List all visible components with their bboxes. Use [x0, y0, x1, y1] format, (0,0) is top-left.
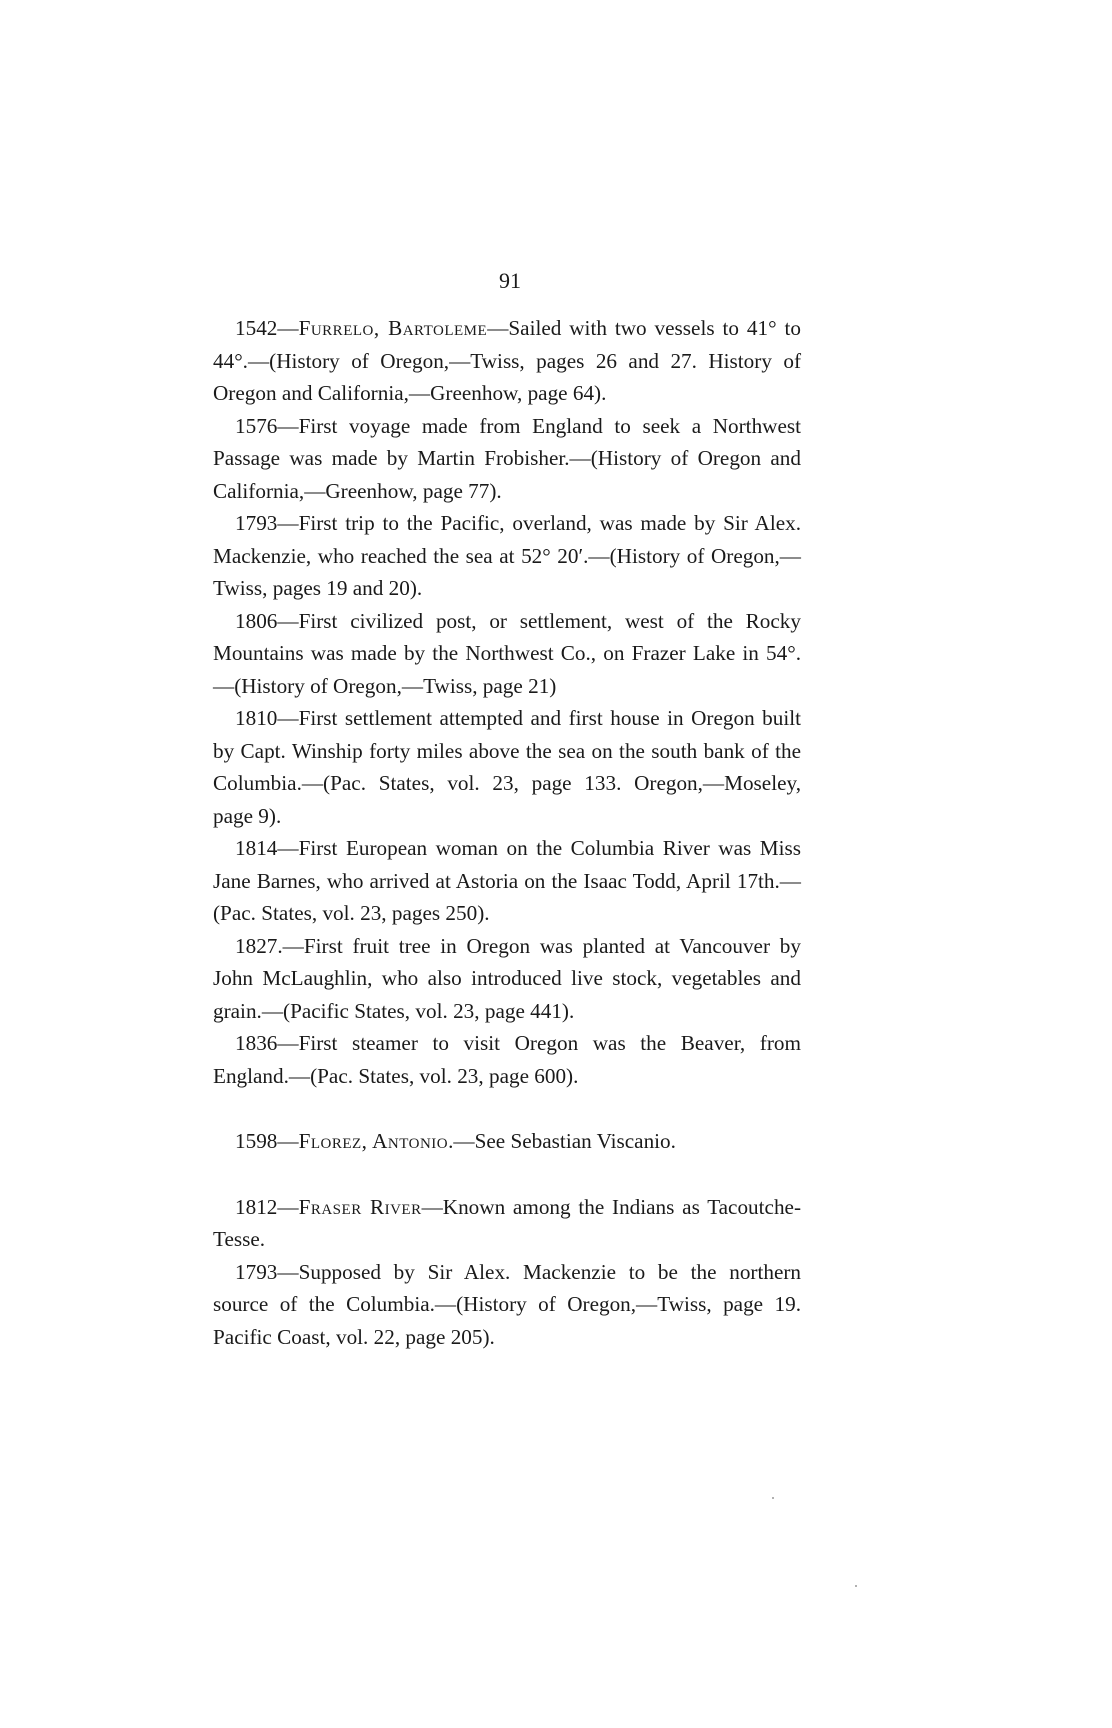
entry-furrelo-bartoleme: 1542—Furrelo, Bartoleme—Sailed with two …: [213, 312, 801, 1092]
entry-heading: Furrelo, Bartoleme: [299, 316, 488, 340]
entry-florez-antonio: 1598—Florez, Antonio.—See Sebastian Visc…: [213, 1125, 801, 1158]
paragraph: 1793—Supposed by Sir Alex. Mackenzie to …: [213, 1256, 801, 1354]
paragraph: 1542—Furrelo, Bartoleme—Sailed with two …: [213, 312, 801, 410]
entry-heading: Fraser River: [299, 1195, 422, 1219]
paragraph: 1814—First European woman on the Columbi…: [213, 832, 801, 930]
page-body: 1542—Furrelo, Bartoleme—Sailed with two …: [213, 312, 801, 1353]
page-number: 91: [0, 268, 1020, 294]
paragraph: 1812—Fraser River—Known among the Indian…: [213, 1191, 801, 1256]
paragraph: 1827.—First fruit tree in Oregon was pla…: [213, 930, 801, 1028]
scan-speck: [772, 1497, 774, 1499]
paragraph: 1598—Florez, Antonio.—See Sebastian Visc…: [213, 1125, 801, 1158]
paragraph: 1806—First civilized post, or settlement…: [213, 605, 801, 703]
paragraph: 1836—First steamer to visit Oregon was t…: [213, 1027, 801, 1092]
paragraph: 1793—First trip to the Pacific, overland…: [213, 507, 801, 605]
paragraph: 1810—First settlement attempted and firs…: [213, 702, 801, 832]
scan-speck: [855, 1585, 857, 1587]
entry-heading: Florez, Antonio: [299, 1129, 449, 1153]
paragraph: 1576—First voyage made from England to s…: [213, 410, 801, 508]
entry-fraser-river: 1812—Fraser River—Known among the Indian…: [213, 1191, 801, 1354]
